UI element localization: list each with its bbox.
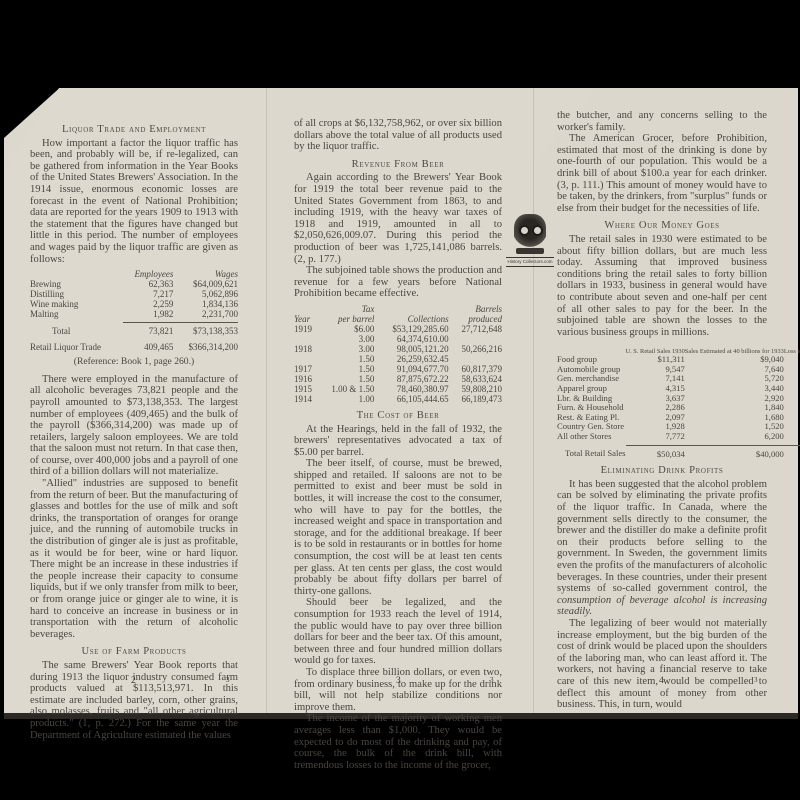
cell-employees: 1,982 [123,309,174,319]
cell-employees: 62,363 [123,279,174,289]
table-row: 19171.5091,094,677.7060,817,379 [294,364,502,374]
cell-collections: 26,259,632.45 [374,354,448,364]
row-label: Brewing [30,279,123,289]
cell-barrels [449,334,502,344]
cell-collections: 78,460,380.97 [374,384,448,394]
col-header-tax-top: Tax [318,304,375,314]
table-row-retail: Retail Liquor Trade 409,465 $366,314,200 [30,336,238,352]
table-row: Malting 1,982 2,231,700 [30,309,238,319]
page-4-column: the butcher, and any concerns selling to… [557,110,767,711]
cell-tax: 3.00 [318,334,375,344]
cell-barrels [449,354,502,364]
heading-farm-products: Use of Farm Products [30,646,238,658]
paragraph: The legalizing of beer would not materia… [557,618,767,711]
paragraph: There were employed in the manufacture o… [30,374,238,478]
cell-wages: 1,834,136 [173,299,238,309]
paragraph: How important a factor the liquor traffi… [30,138,238,266]
cell-retail: 7,772 [626,432,685,442]
paragraph: The income of the majority of working me… [294,713,502,771]
divider [506,257,554,258]
cell-wages: $64,009,621 [173,279,238,289]
cell-year [294,354,318,364]
cell-tax: 1.00 [318,394,375,404]
paragraph-emphasis: consumption of beverage alcohol is incre… [557,595,767,618]
cell-tax: 1.50 [318,364,375,374]
employment-table: Employees Wages Brewing 62,363 $64,009,6… [30,269,238,352]
cell-barrels: 50,266,216 [449,344,502,354]
table-total-row: Total Retail Sales $50,034 $40,000 $3,00… [557,445,800,459]
cell-loss: $678 [784,355,800,365]
cell-estimate: $40,000 [685,445,784,459]
cell-loss: $3,000 [784,445,800,459]
table-row: Brewing 62,363 $64,009,621 [30,279,238,289]
col-header-barrels: produced [449,314,502,324]
cell-wages: 2,231,700 [173,309,238,319]
paragraph: of all crops at $6,132,758,962, or over … [294,118,502,153]
cell-loss: 429 [784,374,800,384]
cell-year: 1914 [294,394,318,404]
fold-line-2 [533,88,534,713]
row-label: Total [30,323,123,337]
cell-year: 1916 [294,374,318,384]
cell-barrels: 60,817,379 [449,364,502,374]
paragraph: Again according to the Brewers' Year Boo… [294,172,502,265]
cell-tax: 3.00 [318,344,375,354]
col-header-wages: Wages [173,269,238,279]
table-total-row: Total 73,821 $73,138,353 [30,323,238,337]
watermark-logo: History Collectors.com [506,214,554,270]
cell-employees: 2,259 [123,299,174,309]
page-number: 4 [659,676,664,686]
cell-collections: 64,374,610.00 [374,334,448,344]
paragraph: Should beer be legalized, and the consum… [294,597,502,667]
paragraph: The subjoined table shows the production… [294,265,502,300]
table-row: 19151.00 & 1.5078,460,380.9759,808,210 [294,384,502,394]
paragraph-text: It has been suggested that the alcohol p… [557,479,767,594]
page-2-column: Liquor Trade and Employment How importan… [30,118,238,741]
cell-tax: 1.50 [318,374,375,384]
col-header-year: Year [294,314,318,324]
cell-loss: 138 [784,403,800,413]
revenue-table: Tax Barrels Year per barrel Collections … [294,304,502,404]
cell-loss: 465 [784,432,800,442]
cell-year [294,334,318,344]
book-icon [516,248,544,254]
col-header-barrels-top: Barrels [449,304,502,314]
cell-retail: $50,034 [626,445,685,459]
row-label: Wine making [30,299,123,309]
cell-collections: $53,129,285.60 [374,324,448,334]
cell-loss: 219 [784,394,800,404]
paragraph: The same Brewers' Year Book reports that… [30,660,238,741]
cell-loss: 114 [784,422,800,432]
paragraph: It has been suggested that the alcohol p… [557,479,767,618]
cell-year: 1915 [294,384,318,394]
cell-tax: $6.00 [318,324,375,334]
cell-group: Total Retail Sales [557,445,626,459]
cell-wages: $366,314,200 [173,336,238,352]
paragraph: The beer itself, of course, must be brew… [294,458,502,597]
owl-eye-icon [519,225,530,236]
cell-collections: 98,005,121.20 [374,344,448,354]
cell-estimate: 6,200 [685,432,784,442]
cell-wages: 5,062,896 [173,289,238,299]
cell-tax: 1.00 & 1.50 [318,384,375,394]
cell-collections: 66,105,444.65 [374,394,448,404]
cell-barrels: 27,712,648 [449,324,502,334]
cell-loss: 126 [784,413,800,423]
col-header-collections: Collections [374,314,448,324]
signature-mark: 3 [490,676,494,684]
table-row: 1919$6.00$53,129,285.6027,712,648 [294,324,502,334]
divider [506,266,554,267]
table-row: 19183.0098,005,121.2050,266,216 [294,344,502,354]
table-row: All other Stores7,7726,200465 [557,432,800,442]
signature-mark: 3 [226,676,230,684]
cell-barrels: 66,189,473 [449,394,502,404]
heading-liquor-trade: Liquor Trade and Employment [30,124,238,136]
owl-eye-icon [532,225,543,236]
heading-eliminating-drink-profits: Eliminating Drink Profits [557,465,767,477]
paragraph: At the Hearings, held in the fall of 193… [294,424,502,459]
cell-collections: 87,875,672.22 [374,374,448,384]
business-losses-table: U. S. Retail Sales 1930 Sales Estimated … [557,348,800,459]
heading-revenue-from-beer: Revenue From Beer [294,159,502,171]
table-row: Wine making 2,259 1,834,136 [30,299,238,309]
cell-loss: 258 [784,384,800,394]
table-row: 1.5026,259,632.45 [294,354,502,364]
cell-year: 1917 [294,364,318,374]
row-label: Malting [30,309,123,319]
paragraph: "Allied" industries are supposed to bene… [30,478,238,640]
cell-barrels: 58,633,624 [449,374,502,384]
paragraph: the butcher, and any concerns selling to… [557,110,767,133]
cell-collections: 91,094,677.70 [374,364,448,374]
cell-barrels: 59,808,210 [449,384,502,394]
page-number: 2 [131,676,136,686]
watermark-caption: History Collectors.com [506,259,554,264]
fold-line-1 [266,88,267,713]
table-row: 3.0064,374,610.00 [294,334,502,344]
table-reference: (Reference: Book 1, page 260.) [30,356,238,368]
cell-tax: 1.50 [318,354,375,364]
col-header-tax: per barrel [318,314,375,324]
cell-year: 1918 [294,344,318,354]
heading-cost-of-beer: The Cost of Beer [294,410,502,422]
table-row: Distilling 7,217 5,062,896 [30,289,238,299]
cell-employees: 409,465 [123,336,174,352]
page-number: 3 [396,676,401,686]
heading-where-our-money-goes: Where Our Money Goes [557,220,767,232]
cell-loss: 573 [784,365,800,375]
paragraph: The retail sales in 1930 were estimated … [557,234,767,338]
row-label: Retail Liquor Trade [30,336,123,352]
cell-wages: $73,138,353 [173,323,238,337]
cell-year: 1919 [294,324,318,334]
page-3-column: of all crops at $6,132,758,962, or over … [294,118,502,771]
signature-mark: 3 [754,676,758,684]
table-row: 19161.5087,875,672.2258,633,624 [294,374,502,384]
col-header-employees: Employees [123,269,174,279]
table-row: 19141.0066,105,444.6566,189,473 [294,394,502,404]
paragraph: The American Grocer, before Prohibition,… [557,133,767,214]
row-label: Distilling [30,289,123,299]
cell-employees: 7,217 [123,289,174,299]
col-header-loss: Loss to Business to make up Drink Bill [784,348,800,355]
paragraph: To displace three billion dollars, or ev… [294,667,502,713]
cell-employees: 73,821 [123,323,174,337]
cell-group: All other Stores [557,432,626,442]
